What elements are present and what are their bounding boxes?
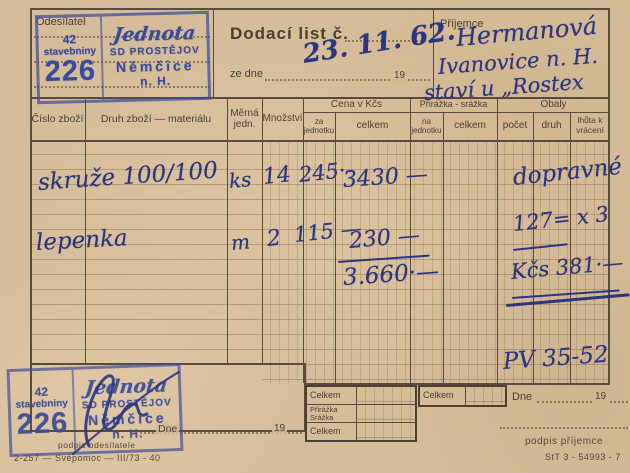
stamp-right-cell: Jednota SD PROSTĚJOV Němčice n. H. [102, 14, 208, 100]
frame-top [30, 8, 610, 10]
date-prefix: ze dne [230, 68, 263, 81]
row1-unit: ks [228, 167, 252, 193]
col-header-qty: Množství [262, 100, 303, 138]
summary-surcharge-label: Přirážka Srážka [307, 405, 357, 422]
frame-right [608, 8, 610, 385]
date-year-left: 19 [272, 423, 287, 435]
stamp-left-cell: 42 stavebniny 226 [38, 17, 104, 102]
recipient-signature-caption: podpis příjemce [525, 436, 603, 447]
col-header-pack-kind: druh [533, 112, 570, 140]
col-header-price-unit: za jednotku [304, 112, 334, 140]
stamp-town-suffix: n. H. [140, 74, 171, 89]
stamp-store-number: 226 [44, 56, 96, 86]
summary-total2-label: Celkem [307, 423, 357, 440]
col-header-sur-unit: na jednotku [411, 112, 442, 140]
signature-scribble [55, 358, 195, 458]
col-header-item-no: Číslo zboží [30, 100, 85, 138]
sender-stamp: 42 stavebniny 226 Jednota SD PROSTĚJOV N… [35, 11, 211, 105]
recipient-signature-line [500, 427, 628, 429]
stamp-dept-number: 42 [63, 32, 77, 46]
date-year-right: 19 [595, 391, 606, 403]
col-line-5 [335, 112, 336, 383]
summary-total-right-cells [466, 387, 505, 405]
row2-qty: 2 [266, 226, 283, 252]
summary-box-left: Celkem Přirážka Srážka Celkem [305, 385, 417, 442]
col-header-item: Druh zboží — materiálu [85, 100, 227, 138]
col-header-unit: Měrná jedn. [228, 100, 261, 138]
col-header-pack-count: počet [497, 112, 533, 140]
header-bottom-line [30, 140, 610, 142]
date-dotted-right [537, 401, 592, 403]
summary-total2-cells [357, 423, 415, 440]
row2-item: lepenka [35, 225, 128, 256]
col-header-pack-due: lhůta k vrácení [571, 112, 609, 140]
summary-row-total1: Celkem [307, 387, 415, 405]
issuer-stamp-dept-number: 42 [34, 385, 48, 399]
summary-total1-label: Celkem [307, 387, 357, 404]
group-header-packaging: Obaly [497, 97, 610, 112]
col-header-sur-total: celkem [443, 112, 497, 140]
date-dotted-right-2 [610, 401, 628, 403]
col-line-10 [570, 112, 571, 383]
summary-row-total-right: Celkem [420, 387, 505, 405]
date-label-right: Dne [512, 391, 532, 404]
stamp-brand: Jednota [112, 24, 196, 45]
date-year-printed: 19 [392, 70, 407, 82]
col-header-price-total: celkem [335, 112, 410, 140]
col-line-7 [443, 112, 444, 383]
summary-total1-cells [357, 387, 415, 404]
summary-row-surcharge: Přirážka Srážka [307, 405, 415, 423]
stamp-town: Němčice [116, 57, 195, 75]
delivery-note-document: Odesílatel Dodací list č. ze dne 19 23. … [0, 0, 630, 473]
group-header-price: Cena v Kčs [303, 97, 410, 112]
summary-box-right: Celkem [418, 385, 507, 407]
summary-surcharge-cells [357, 405, 415, 422]
summary-total-right-label: Celkem [420, 387, 466, 405]
top-separator-1 [213, 8, 214, 97]
row2-unit: m [230, 229, 251, 255]
summary-row-total2: Celkem [307, 423, 415, 440]
row1-qty: 14 [262, 162, 292, 190]
form-code-right: StT 3 - 54993 - 7 [545, 452, 621, 462]
